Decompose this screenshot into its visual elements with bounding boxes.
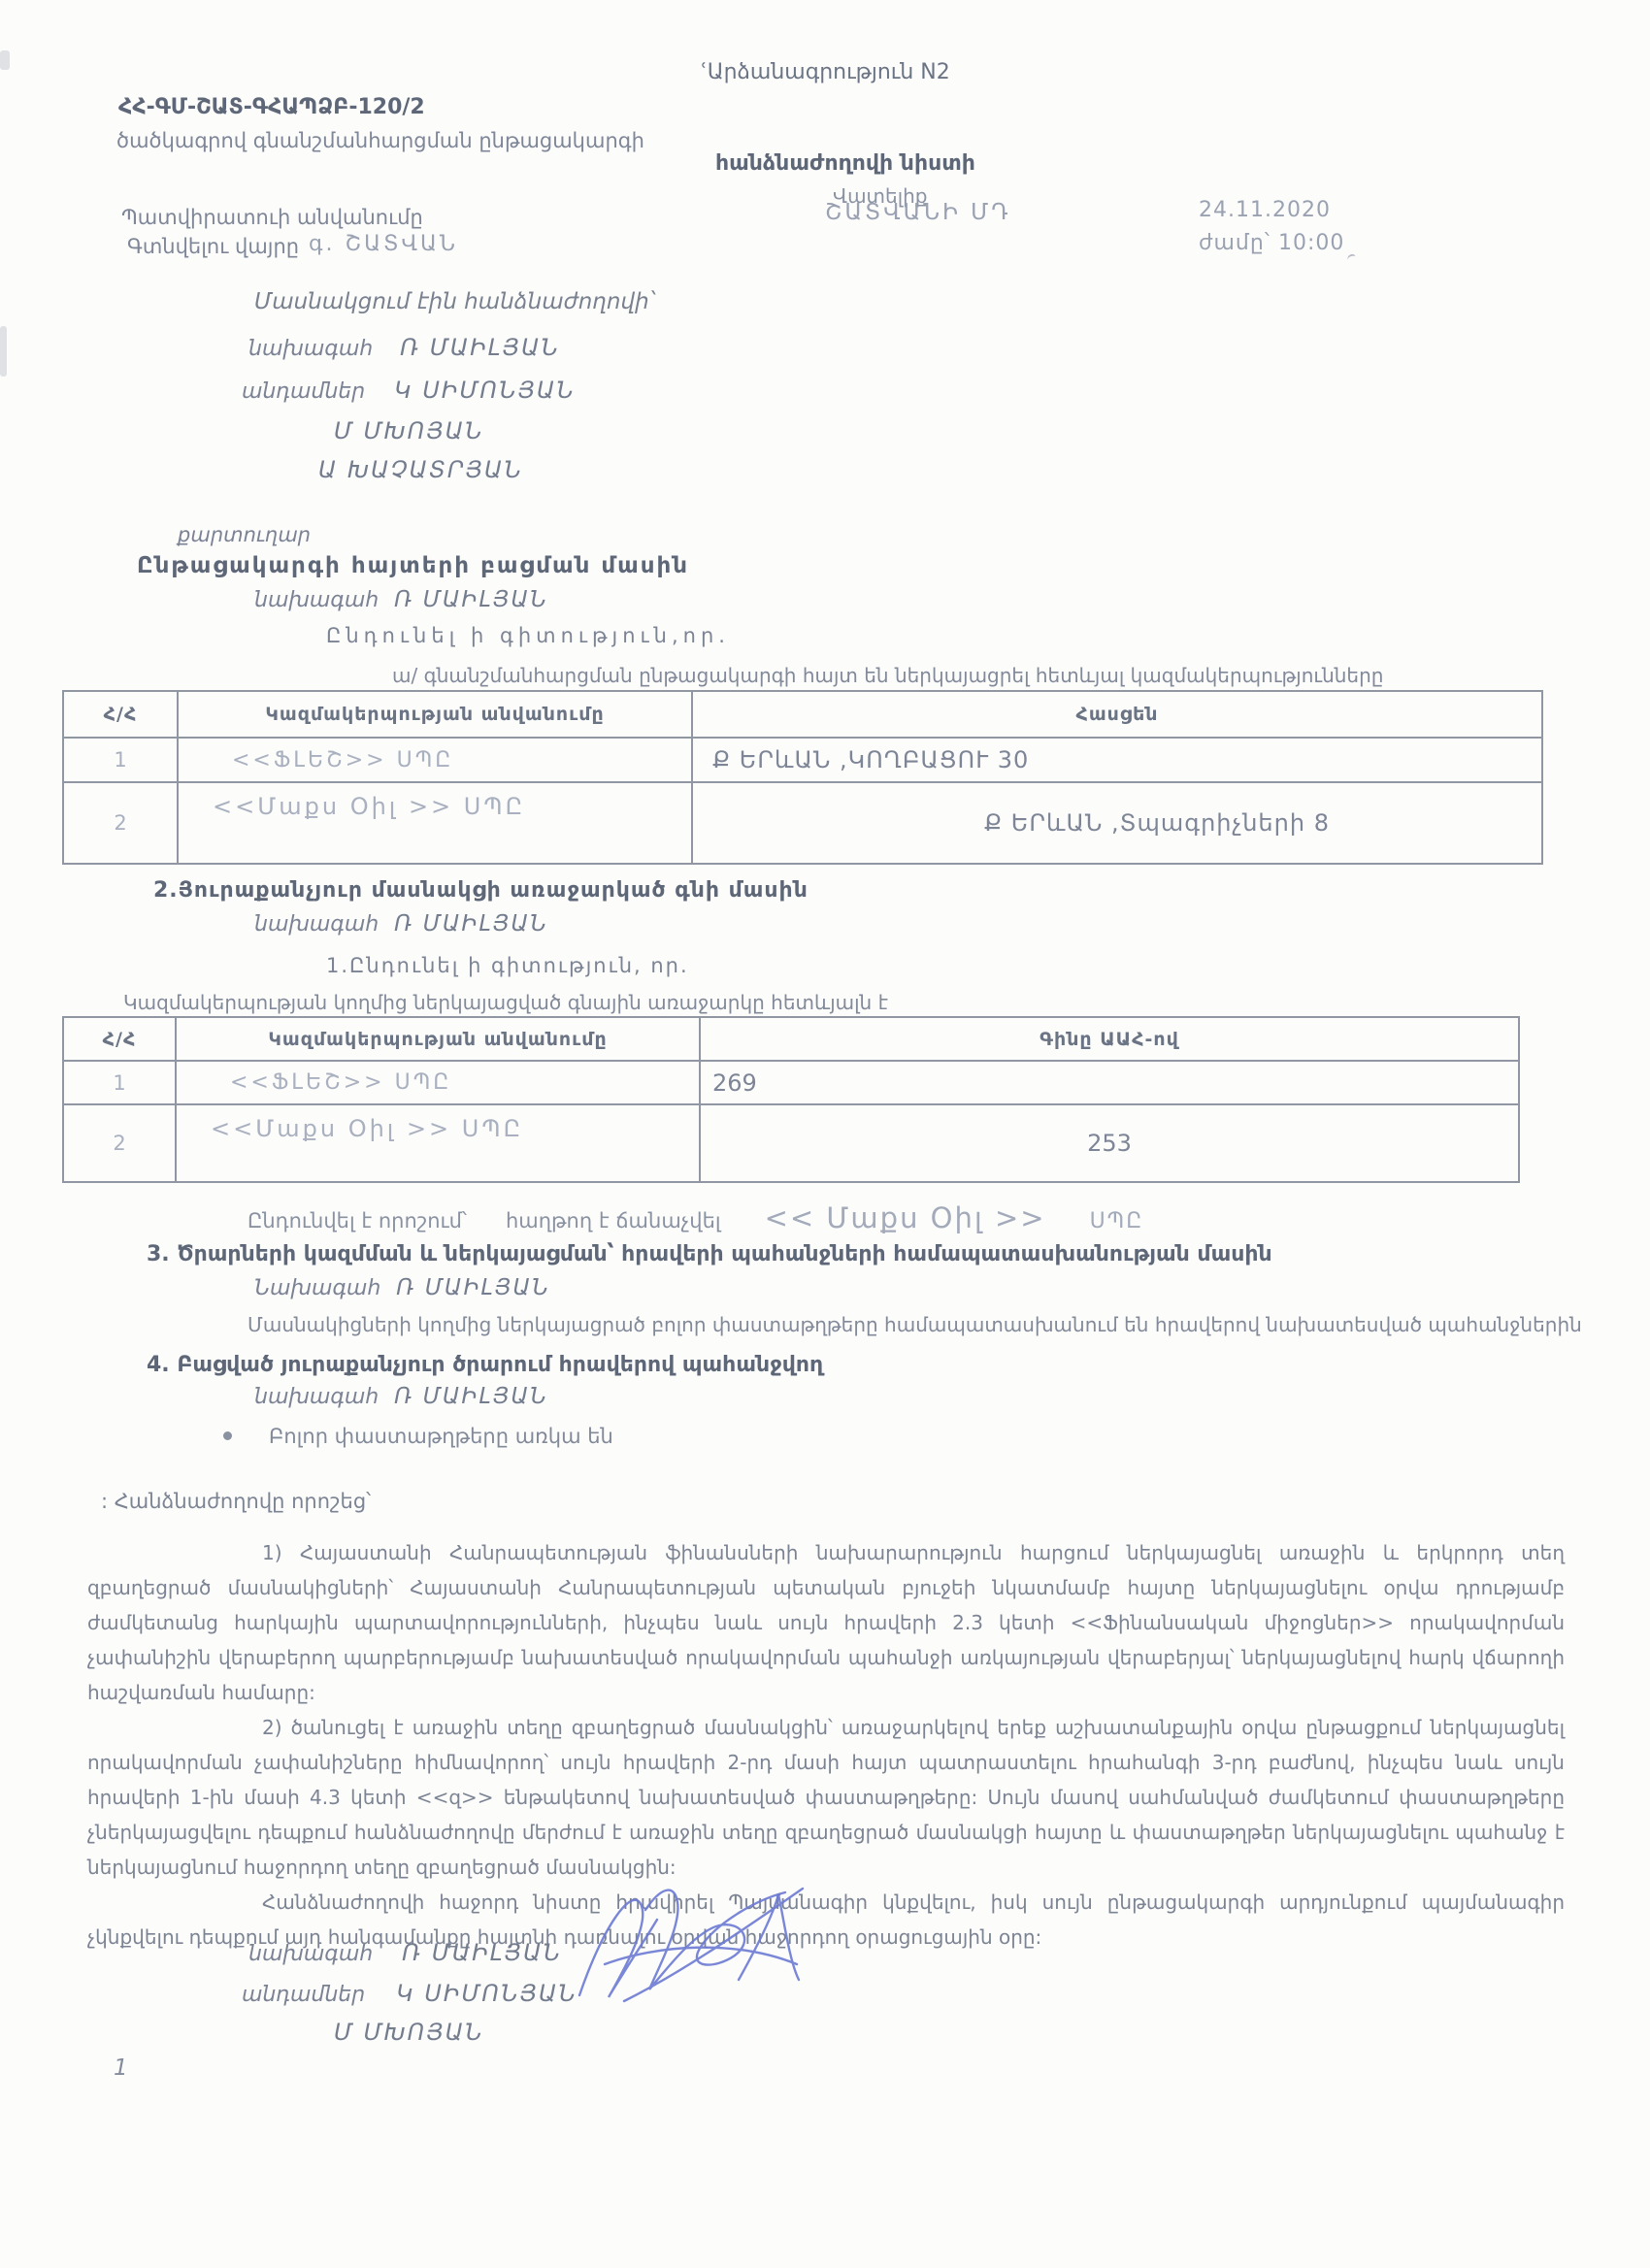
section1-heading: Ընթացակարգի հայտերի բացման մասին	[137, 553, 689, 578]
section3-heading: 3. Ծրարների կազմման և ներկայացման՝ հրավե…	[147, 1242, 1272, 1266]
scan-smudge	[0, 326, 7, 377]
section3-chair-line: Նախագահ Ռ ՄԱԻԼՅԱՆ	[254, 1275, 550, 1300]
col-header: Հ/Հ	[63, 1017, 176, 1061]
table-header-row: Հ/Հ Կազմակերպության անվանումը Հասցեն	[63, 691, 1542, 738]
bidders-table: Հ/Հ Կազմակերպության անվանումը Հասցեն 1 <…	[62, 690, 1543, 865]
scan-smudge	[0, 50, 10, 70]
bullet-text: Բոլոր փաստաթղթերը առկա են	[269, 1425, 613, 1448]
signature-members-row: անդամներ Կ ՍԻՄՈՆՅԱՆ	[242, 1980, 577, 2007]
participants-chairman-row: նախագահ Ռ ՄԱԻԼՅԱՆ	[248, 334, 560, 361]
chairman-label: նախագահ	[248, 1942, 373, 1966]
members-label: անդամներ	[242, 1983, 365, 2007]
organization-address: Ք ԵՐևԱՆ ,ԿՈՂԲԱՑՈՒ 30	[692, 738, 1542, 782]
section4-bullet-item: Բոլոր փաստաթղթերը առկա են	[223, 1425, 613, 1448]
member-name: Մ ՄԽՈՅԱՆ	[334, 2019, 484, 2046]
col-header: Հ/Հ	[63, 691, 178, 738]
section1-chair-line: նախագահ Ռ ՄԱԻԼՅԱՆ	[254, 587, 548, 612]
chair-name: Ռ ՄԱԻԼՅԱՆ	[394, 911, 548, 937]
section4-chair-line: նախագահ Ռ ՄԱԻԼՅԱՆ	[254, 1384, 548, 1409]
section2-intro: Կազմակերպության կողմից ներկայացված գնայի…	[123, 991, 888, 1014]
procedure-code-caption: ծածկագրով գնանշմանհարցման ընթացակարգի	[116, 129, 644, 152]
price-value: 253	[700, 1104, 1519, 1182]
page-number: 1	[114, 2055, 128, 2081]
chair-name: Ռ ՄԱԻԼՅԱՆ	[394, 1384, 548, 1409]
chairman-label: նախագահ	[248, 337, 373, 361]
session-time: ժամը՝ 10:00	[1199, 231, 1344, 255]
table-header-row: Հ/Հ Կազմակերպության անվանումը Գինը ԱԱՀ-ո…	[63, 1017, 1519, 1061]
location-label: Գտնվելու վայրը	[127, 235, 299, 258]
row-number: 1	[63, 738, 178, 782]
session-heading: հանձնաժողովի նիստի	[715, 151, 975, 176]
row-number: 1	[63, 1061, 176, 1104]
client-label: Պատվիրատուի անվանումը	[121, 206, 423, 229]
section1-note: Ընդունել ի գիտություն,որ.	[326, 624, 730, 647]
organization-address: Ք ԵՐևԱՆ ,Տպագրիչների 8	[692, 782, 1542, 864]
organization-name: <<ՖԼԵՇ>> ՍՊԸ	[178, 738, 692, 782]
scan-speck	[1346, 253, 1357, 264]
table-row: 2 <<Մաքս Օիլ >> ՍՊԸ 253	[63, 1104, 1519, 1182]
resolution-paragraph-2: 2) ծանուցել է առաջին տեղը զբաղեցրած մասն…	[87, 1710, 1565, 1885]
members-label: անդամներ	[242, 379, 365, 404]
location-value: գ. ՇԱՏՎԱՆ	[309, 232, 458, 256]
price-value: 269	[700, 1061, 1519, 1104]
section3-body: Մասնակիցների կողմից ներկայացրած բոլոր փա…	[247, 1313, 1582, 1336]
bullet-icon	[223, 1431, 232, 1440]
col-header: Կազմակերպության անվանումը	[176, 1017, 700, 1061]
participants-members-row: անդամներ Կ ՍԻՄՈՆՅԱՆ	[242, 377, 576, 404]
secretary-label: քարտուղար	[178, 523, 311, 546]
chair-name: Ռ ՄԱԻԼՅԱՆ	[394, 587, 548, 612]
client-name: ՇԱՏՎԱՆԻ ՄԴ	[825, 200, 1011, 225]
winner-name: << Մաքս Օիլ >>	[765, 1201, 1046, 1234]
chair-label: Նախագահ	[254, 1276, 380, 1300]
section2-note: 1.Ընդունել ի գիտություն, որ.	[326, 954, 689, 977]
winner-suffix: ՍՊԸ	[1090, 1209, 1144, 1233]
member-name: Կ ՍԻՄՈՆՅԱՆ	[396, 1980, 577, 2007]
scanned-protocol-document: ՙԱրձանագրություն N2 ՀՀ-ԳՄ-ՇԱՏ-ԳՀԱՊՁԲ-120…	[0, 0, 1650, 2268]
resolution-paragraph-1: 1) Հայաստանի Հանրապետության ֆինանսների ն…	[87, 1535, 1565, 1710]
signature-chairman-row: նախագահ Ռ ՄԱԻԼՅԱՆ	[248, 1939, 562, 1966]
chairman-name: Ռ ՄԱԻԼՅԱՆ	[402, 1939, 562, 1966]
table-row: 1 <<ՖԼԵՇ>> ՍՊԸ Ք ԵՐևԱՆ ,ԿՈՂԲԱՑՈՒ 30	[63, 738, 1542, 782]
session-date: 24.11.2020	[1199, 198, 1331, 222]
row-number: 2	[63, 782, 178, 864]
col-header: Գինը ԱԱՀ-ով	[700, 1017, 1519, 1061]
chair-name: Ռ ՄԱԻԼՅԱՆ	[396, 1275, 550, 1300]
decision-prefix: Ընդունվել է որոշում՝	[247, 1209, 467, 1233]
price-table: Հ/Հ Կազմակերպության անվանումը Գինը ԱԱՀ-ո…	[62, 1016, 1520, 1183]
member-name: Կ ՍԻՄՈՆՅԱՆ	[394, 377, 576, 404]
chair-label: նախագահ	[254, 1385, 379, 1409]
decision-text: հաղթող է ճանաչվել	[506, 1209, 721, 1233]
resolution-intro: : Հանձնաժողովը որոշեց՝	[101, 1490, 371, 1513]
section4-heading: 4. Բացված յուրաքանչյուր ծրարում հրավերով…	[147, 1353, 823, 1377]
organization-name: <<Մաքս Օիլ >> ՍՊԸ	[178, 782, 692, 864]
member-name: Ա ԽԱՉԱՏՐՅԱՆ	[318, 456, 523, 483]
procedure-code: ՀՀ-ԳՄ-ՇԱՏ-ԳՀԱՊՁԲ-120/2	[118, 95, 425, 119]
col-header: Հասցեն	[692, 691, 1542, 738]
section1-intro: ա/ գնանշմանհարցման ընթացակարգի հայտ են ն…	[392, 664, 1383, 687]
table-row: 2 <<Մաքս Օիլ >> ՍՊԸ Ք ԵՐևԱՆ ,Տպագրիչների…	[63, 782, 1542, 864]
member-name: Մ ՄԽՈՅԱՆ	[334, 417, 484, 444]
chair-label: նախագահ	[254, 912, 379, 937]
decision-line: Ընդունվել է որոշում՝ հաղթող է ճանաչվել <…	[247, 1201, 1143, 1234]
participants-intro: Մասնակցում էին հանձնաժողովի՝	[254, 289, 654, 314]
signature-scribble	[548, 1871, 830, 2021]
section2-chair-line: նախագահ Ռ ՄԱԻԼՅԱՆ	[254, 911, 548, 937]
chair-label: նախագահ	[254, 588, 379, 612]
organization-name: <<ՖԼԵՇ>> ՍՊԸ	[176, 1061, 700, 1104]
col-header: Կազմակերպության անվանումը	[178, 691, 692, 738]
table-row: 1 <<ՖԼԵՇ>> ՍՊԸ 269	[63, 1061, 1519, 1104]
row-number: 2	[63, 1104, 176, 1182]
section2-heading: 2.Յուրաքանչյուր մասնակցի առաջարկած գնի մ…	[153, 878, 808, 903]
chairman-name: Ռ ՄԱԻԼՅԱՆ	[400, 334, 560, 361]
organization-name: <<Մաքս Օիլ >> ՍՊԸ	[176, 1104, 700, 1182]
protocol-title: ՙԱրձանագրություն N2	[701, 60, 950, 84]
